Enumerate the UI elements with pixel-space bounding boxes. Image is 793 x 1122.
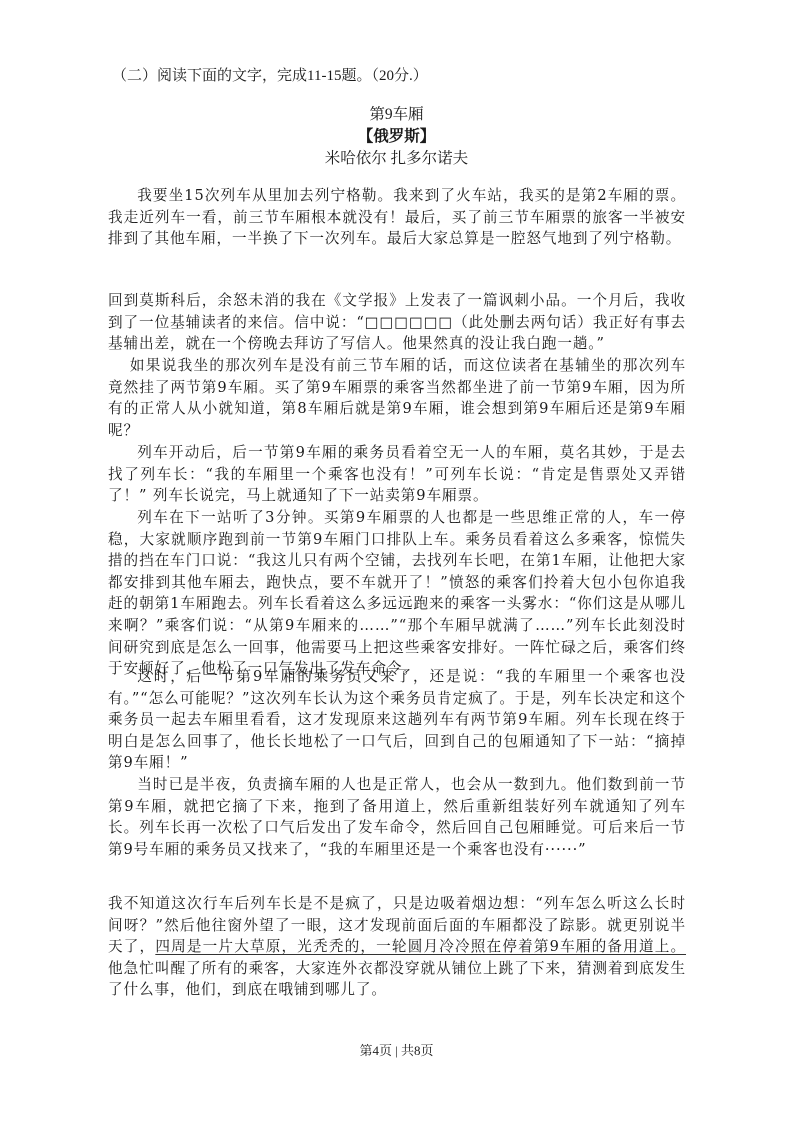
paragraph-3: 如果说我坐的那次列车是没有前三节车厢的话，而这位读者在基辅坐的那次列车竟然挂了两…: [108, 355, 686, 441]
paragraph-3-container: 如果说我坐的那次列车是没有前三节车厢的话，而这位读者在基辅坐的那次列车竟然挂了两…: [108, 355, 686, 441]
paragraph-1-container: 我要坐15次列车从里加去列宁格勒。我来到了火车站，我买的是第2车厢的票。我走近列…: [108, 185, 686, 250]
paragraph-6-container: 这时，后一节第9车厢的乘务员又来了，还是说：“我的车厢里一个乘客也没有。”“怎么…: [108, 666, 686, 774]
paragraph-7-container: 当时已是半夜，负责摘车厢的人也是正常人，也会从一数到九。他们数到前一节第9车厢，…: [108, 774, 686, 860]
paragraph-2-container: 回到莫斯科后，余怒未消的我在《文学报》上发表了一篇讽刺小品。一个月后，我收到了一…: [108, 290, 686, 355]
document-page: （二）阅读下面的文字，完成11-15题。（20分.） 第9车厢 【俄罗斯】 米哈…: [0, 0, 793, 1122]
paragraph-8-container: 我不知道这次行车后列车长是不是疯了，只是边吸着烟边想：“列车怎么听这么长时间呀？…: [108, 893, 686, 1001]
paragraph-1: 我要坐15次列车从里加去列宁格勒。我来到了火车站，我买的是第2车厢的票。我走近列…: [108, 185, 686, 250]
paragraph-7: 当时已是半夜，负责摘车厢的人也是正常人，也会从一数到九。他们数到前一节第9车厢，…: [108, 774, 686, 860]
page-footer: 第4页 | 共8页: [0, 1040, 793, 1059]
paragraph-5: 列车在下一站听了3分钟。买第9车厢票的人也都是一些思维正常的人，车一停稳，大家就…: [108, 507, 686, 680]
paragraph-2: 回到莫斯科后，余怒未消的我在《文学报》上发表了一篇讽刺小品。一个月后，我收到了一…: [108, 290, 686, 355]
paragraph-4: 列车开动后，后一节第9车厢的乘务员看着空无一人的车厢，莫名其妙，于是去找了列车长…: [108, 442, 686, 507]
section-heading: （二）阅读下面的文字，完成11-15题。（20分.）: [112, 66, 428, 86]
story-country: 【俄罗斯】: [0, 126, 793, 148]
paragraph-8: 我不知道这次行车后列车长是不是疯了，只是边吸着烟边想：“列车怎么听这么长时间呀？…: [108, 893, 686, 1001]
story-title: 第9车厢: [0, 104, 793, 126]
underlined-sentence: 四周是一片大草原，光秃秃的，一轮圆月冷冷照在停着第9车厢的备用道上。: [155, 938, 686, 955]
paragraph-6: 这时，后一节第9车厢的乘务员又来了，还是说：“我的车厢里一个乘客也没有。”“怎么…: [108, 666, 686, 774]
paragraph-4-container: 列车开动后，后一节第9车厢的乘务员看着空无一人的车厢，莫名其妙，于是去找了列车长…: [108, 442, 686, 507]
story-author: 米哈依尔 扎多尔诺夫: [0, 148, 793, 170]
paragraph-5-container: 列车在下一站听了3分钟。买第9车厢票的人也都是一些思维正常的人，车一停稳，大家就…: [108, 507, 686, 680]
paragraph-8-text-after: 他急忙叫醒了所有的乘客，大家连外衣都没穿就从铺位上跳了下来，猜测着到底发生了什么…: [108, 960, 686, 999]
